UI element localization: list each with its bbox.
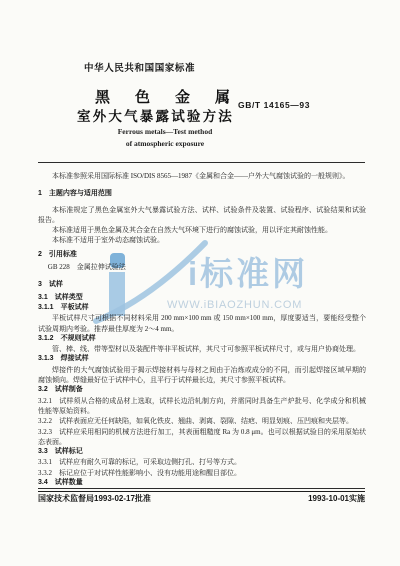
approval-date-text: 国家技术监督局1993-02-17批准: [38, 493, 151, 504]
section-1-heading: 1 主题内容与适用范围: [38, 189, 366, 199]
clause-3-1-1-text: 平板试样尺寸可根据不同材料采用 200 mm×100 mm 或 150 mm×1…: [38, 313, 366, 334]
footer-divider-thick: [38, 491, 365, 493]
referenced-standard: GB 228 金属拉伸试验法: [38, 262, 366, 272]
clause-3-2-heading: 3.2 试样制备: [38, 385, 366, 395]
standard-authority-title: 中华人民共和国国家标准: [84, 60, 195, 74]
document-body: 本标准参照采用国际标准 ISO/DIS 8565—1987《金属和合金——户外大…: [38, 166, 366, 488]
section-1-paragraph: 本标准规定了黑色金属室外大气暴露试验方法、试样、试验条件及装置、试验程序、试验结…: [38, 205, 366, 226]
clause-3-1-2-text: 管、棒、线、带等型材以及装配件等非平板试样，其尺寸可参照平板试样尺寸，或与用户协…: [38, 344, 366, 354]
clause-3-2-3-text: 3.2.3 试样应采用相同的机械方法进行加工，其表面粗糙度 Ra 为 0.8 μ…: [38, 427, 366, 448]
clause-3-3-heading: 3.3 试样标记: [38, 447, 366, 457]
page-title-en: Ferrous metals—Test method of atmospheri…: [70, 126, 260, 149]
section-2-heading: 2 引用标准: [38, 250, 366, 260]
intro-paragraph: 本标准参照采用国际标准 ISO/DIS 8565—1987《金属和合金——户外大…: [38, 171, 366, 181]
clause-3-1-3-heading: 3.1.3 焊接试样: [38, 354, 366, 364]
clause-3-2-2-text: 3.2.2 试样表面应无任何缺陷，如氧化铁皮、翘曲、剥离、裂隙、结疤、明显划痕、…: [38, 416, 366, 426]
implementation-date-text: 1993-10-01实施: [308, 493, 365, 504]
page-title-cn-line2: 室外大气暴露试验方法: [77, 105, 234, 125]
clause-3-1-3-text: 焊接件的大气腐蚀试验用于揭示焊接材料与母材之间由于冶炼或成分的不同，而引起焊接区…: [38, 365, 366, 386]
footer: 国家技术监督局1993-02-17批准 1993-10-01实施: [38, 493, 365, 504]
standard-number: GB/T 14165—93: [238, 100, 310, 110]
standard-document-page: i标准网 WWW.iBIAOZHUN.COM 中华人民共和国国家标准 黑色金属 …: [0, 0, 400, 566]
clause-3-1-1-heading: 3.1.1 平板试样: [38, 303, 366, 313]
clause-3-1-heading: 3.1 试样类型: [38, 293, 366, 303]
clause-3-1-2-heading: 3.1.2 不规则试样: [38, 334, 366, 344]
section-1-paragraph: 本标准不适用于室外动态腐蚀试验。: [38, 235, 366, 245]
page-title-en-line2: of atmospheric exposure: [70, 138, 260, 150]
clause-3-4-heading: 3.4 试样数量: [38, 478, 366, 488]
clause-3-3-2-text: 3.3.2 标记应位于对试样性能影响小、没有功能用途和醒目部位。: [38, 468, 366, 478]
page-title-cn-line1: 黑色金属: [95, 86, 255, 107]
section-3-heading: 3 试样: [38, 280, 366, 290]
clause-3-2-1-text: 3.2.1 试样须从合格的成品材上选取，试样长边沿轧制方向，并需同时具备生产炉批…: [38, 396, 366, 417]
header-divider: [38, 162, 365, 163]
section-1-paragraph: 本标准适用于黑色金属及其合金在自然大气环境下进行的腐蚀试验，用以评定其耐蚀性能。: [38, 225, 366, 235]
page-title-en-line1: Ferrous metals—Test method: [70, 126, 260, 138]
clause-3-3-1-text: 3.3.1 试样应有耐久可靠的标记，可采取边侧打孔、打号等方式。: [38, 457, 366, 467]
